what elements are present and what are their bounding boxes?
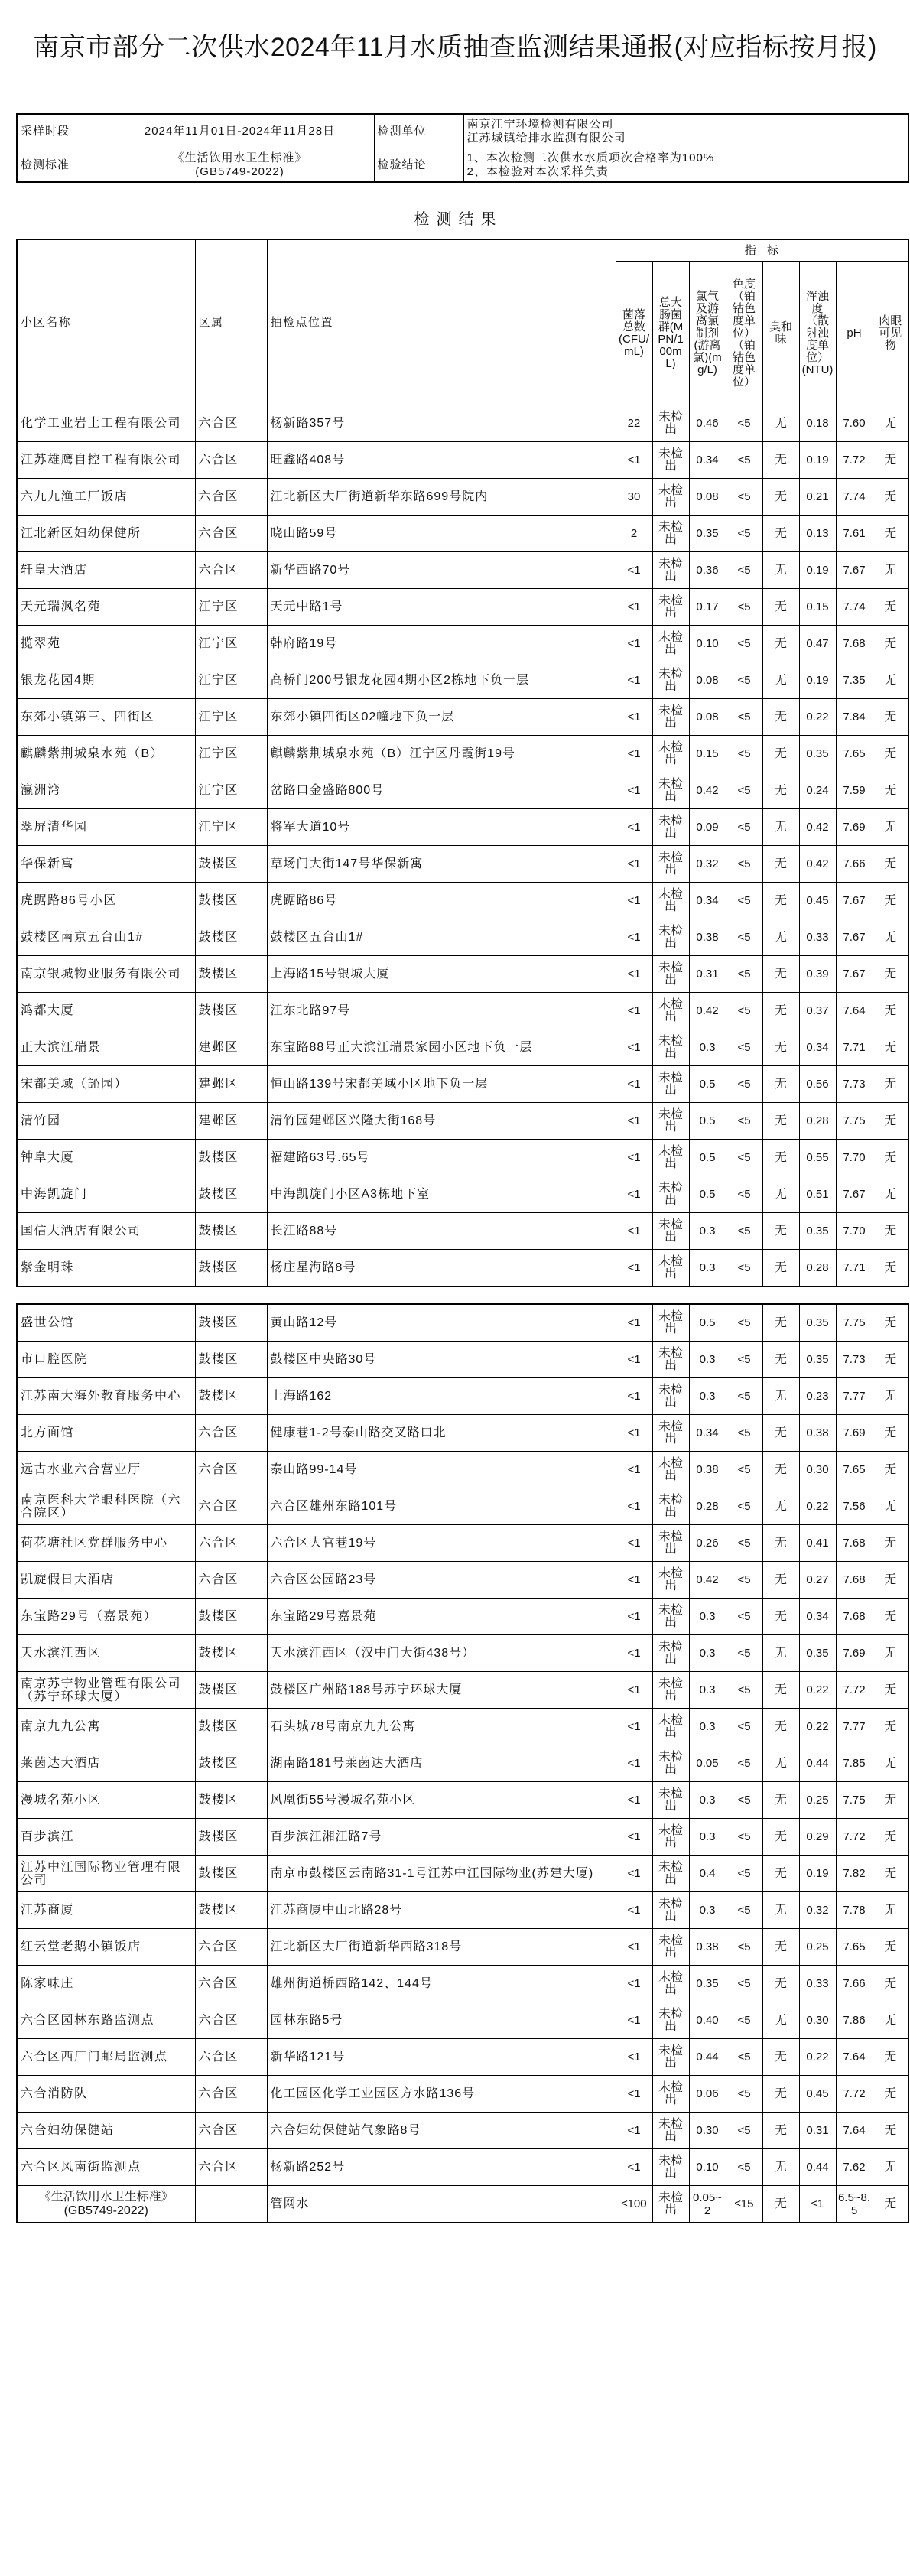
site-name: 鼓楼区南京五台山1# [17, 919, 195, 956]
color-value: <5 [726, 1176, 762, 1213]
visible-matter-value: 无 [873, 1966, 908, 2002]
visible-matter-value: 无 [873, 1029, 908, 1066]
turbidity-value: 0.44 [799, 1745, 836, 1782]
info-row-standard: 检测标准 《生活饮用水卫生标准》 (GB5749-2022) 检验结论 1、本次… [17, 148, 908, 183]
turbidity-value: 0.42 [799, 809, 836, 846]
chlorine-value: 0.40 [689, 2002, 726, 2039]
visible-matter-value: 无 [873, 1176, 908, 1213]
colony-count-value: <1 [616, 2076, 652, 2113]
coliform-value: 未检出 [652, 1635, 689, 1672]
site-name: 鸿都大厦 [17, 993, 195, 1029]
color-value: <5 [726, 2113, 762, 2149]
color-value: <5 [726, 662, 762, 699]
colony-count-value: <1 [616, 1892, 652, 1929]
odor-value: 无 [762, 2076, 799, 2113]
table-row: 百步滨江 鼓楼区 百步滨江湘江路7号 <1 未检出 0.3 <5 无 0.29 … [17, 1819, 908, 1856]
standard-limits-body: 《生活饮用水卫生标准》 (GB5749-2022) 管网水 ≤100 未检出 0… [17, 2186, 908, 2223]
colony-count-value: <1 [616, 2039, 652, 2076]
coliform-value: 未检出 [652, 1250, 689, 1287]
colony-count-value: <1 [616, 552, 652, 589]
color-value: <5 [726, 1709, 762, 1745]
visible-matter-value: 无 [873, 1819, 908, 1856]
chlorine-value: 0.3 [689, 1599, 726, 1635]
sampling-location: 上海路162 [267, 1378, 616, 1415]
colony-count-value: <1 [616, 1103, 652, 1140]
odor-value: 无 [762, 1066, 799, 1103]
conclusion-label: 检验结论 [374, 148, 463, 183]
color-value: <5 [726, 1672, 762, 1709]
ph-value: 7.67 [836, 552, 873, 589]
site-name: 翠屏清华园 [17, 809, 195, 846]
odor-value: 无 [762, 993, 799, 1029]
turbidity-value: 0.19 [799, 442, 836, 479]
colony-count-value: <1 [616, 1929, 652, 1966]
site-name: 天元瑞沨名苑 [17, 589, 195, 626]
colony-count-value: <1 [616, 1304, 652, 1342]
sampling-location: 江东北路97号 [267, 993, 616, 1029]
header-odor: 臭和味 [762, 262, 799, 405]
turbidity-value: 0.39 [799, 956, 836, 993]
coliform-value: 未检出 [652, 1452, 689, 1488]
sampling-location: 岔路口金盛路800号 [267, 772, 616, 809]
site-name: 轩皇大酒店 [17, 552, 195, 589]
visible-matter-value: 无 [873, 1250, 908, 1287]
coliform-value: 未检出 [652, 699, 689, 736]
color-value: <5 [726, 1525, 762, 1562]
site-name: 凯旋假日大酒店 [17, 1562, 195, 1599]
color-value: <5 [726, 919, 762, 956]
odor-value: 无 [762, 1213, 799, 1250]
visible-matter-value: 无 [873, 626, 908, 662]
odor-value: 无 [762, 1250, 799, 1287]
table-row: 鼓楼区南京五台山1# 鼓楼区 鼓楼区五台山1# <1 未检出 0.38 <5 无… [17, 919, 908, 956]
site-name: 瀛洲湾 [17, 772, 195, 809]
coliform-value: 未检出 [652, 1342, 689, 1378]
ph-value: 7.66 [836, 1966, 873, 2002]
ph-value: 7.72 [836, 442, 873, 479]
table-row: 六合区西厂门邮局监测点 六合区 新华路121号 <1 未检出 0.44 <5 无… [17, 2039, 908, 2076]
sampling-location: 湖南路181号莱茵达大酒店 [267, 1745, 616, 1782]
chlorine-value: 0.05 [689, 1745, 726, 1782]
district: 鼓楼区 [195, 1378, 267, 1415]
turbidity-value: 0.35 [799, 1213, 836, 1250]
ph-value: 7.68 [836, 1599, 873, 1635]
color-value: <5 [726, 1452, 762, 1488]
odor-value: 无 [762, 626, 799, 662]
standard-chlorine-limit: 0.05~2 [689, 2186, 726, 2223]
site-name: 江苏雄鹰自控工程有限公司 [17, 442, 195, 479]
site-name: 北方面馆 [17, 1415, 195, 1452]
site-name: 东宝路29号（嘉景苑） [17, 1599, 195, 1635]
chlorine-value: 0.3 [689, 1672, 726, 1709]
visible-matter-value: 无 [873, 1599, 908, 1635]
odor-value: 无 [762, 1103, 799, 1140]
coliform-value: 未检出 [652, 2039, 689, 2076]
site-name: 南京苏宁物业管理有限公司（苏宁环球大厦） [17, 1672, 195, 1709]
colony-count-value: <1 [616, 1635, 652, 1672]
color-value: <5 [726, 516, 762, 552]
table-row: 正大滨江瑞景 建邺区 东宝路88号正大滨江瑞景家园小区地下负一层 <1 未检出 … [17, 1029, 908, 1066]
header-row-group: 小区名称 区属 抽检点位置 指标 [17, 239, 908, 262]
site-name: 宋都美域（訫园） [17, 1066, 195, 1103]
standard-row-location: 管网水 [267, 2186, 616, 2223]
odor-value: 无 [762, 1378, 799, 1415]
table-row: 六合妇幼保健站 六合区 六合妇幼保健站气象路8号 <1 未检出 0.30 <5 … [17, 2113, 908, 2149]
colony-count-value: <1 [616, 736, 652, 772]
site-name: 江苏南大海外教育服务中心 [17, 1378, 195, 1415]
table-row: 翠屏清华园 江宁区 将军大道10号 <1 未检出 0.09 <5 无 0.42 … [17, 809, 908, 846]
table-row: 瀛洲湾 江宁区 岔路口金盛路800号 <1 未检出 0.42 <5 无 0.24… [17, 772, 908, 809]
sampling-location: 将军大道10号 [267, 809, 616, 846]
coliform-value: 未检出 [652, 809, 689, 846]
ph-value: 7.65 [836, 1929, 873, 1966]
turbidity-value: 0.45 [799, 883, 836, 919]
ph-value: 7.64 [836, 2039, 873, 2076]
visible-matter-value: 无 [873, 1066, 908, 1103]
turbidity-value: 0.13 [799, 516, 836, 552]
chlorine-value: 0.10 [689, 2149, 726, 2186]
table-row: 东宝路29号（嘉景苑） 鼓楼区 东宝路29号嘉景苑 <1 未检出 0.3 <5 … [17, 1599, 908, 1635]
odor-value: 无 [762, 552, 799, 589]
coliform-value: 未检出 [652, 1304, 689, 1342]
colony-count-value: <1 [616, 1672, 652, 1709]
odor-value: 无 [762, 2039, 799, 2076]
odor-value: 无 [762, 1452, 799, 1488]
color-value: <5 [726, 1213, 762, 1250]
ph-value: 7.86 [836, 2002, 873, 2039]
coliform-value: 未检出 [652, 956, 689, 993]
sampling-location: 东郊小镇四街区02幢地下负一层 [267, 699, 616, 736]
ph-value: 7.69 [836, 1415, 873, 1452]
odor-value: 无 [762, 772, 799, 809]
coliform-value: 未检出 [652, 1782, 689, 1819]
table-row: 江北新区妇幼保健所 六合区 晓山路59号 2 未检出 0.35 <5 无 0.1… [17, 516, 908, 552]
visible-matter-value: 无 [873, 479, 908, 516]
ph-value: 7.67 [836, 919, 873, 956]
district: 鼓楼区 [195, 919, 267, 956]
turbidity-value: 0.22 [799, 2039, 836, 2076]
color-value: <5 [726, 1378, 762, 1415]
color-value: <5 [726, 1140, 762, 1176]
odor-value: 无 [762, 1966, 799, 2002]
chlorine-value: 0.46 [689, 405, 726, 442]
sampling-location: 风凰街55号漫城名苑小区 [267, 1782, 616, 1819]
color-value: <5 [726, 1029, 762, 1066]
coliform-value: 未检出 [652, 1176, 689, 1213]
sampling-location: 六合区公园路23号 [267, 1562, 616, 1599]
colony-count-value: <1 [616, 809, 652, 846]
visible-matter-value: 无 [873, 1745, 908, 1782]
ph-value: 7.70 [836, 1140, 873, 1176]
district: 鼓楼区 [195, 883, 267, 919]
ph-value: 7.35 [836, 662, 873, 699]
chlorine-value: 0.38 [689, 919, 726, 956]
table-row: 陈家味庄 六合区 雄州街道桥西路142、144号 <1 未检出 0.35 <5 … [17, 1966, 908, 2002]
district: 江宁区 [195, 662, 267, 699]
standard-name: 《生活饮用水卫生标准》 [109, 151, 371, 165]
visible-matter-value: 无 [873, 1525, 908, 1562]
colony-count-value: <1 [616, 1378, 652, 1415]
table-row: 东郊小镇第三、四街区 江宁区 东郊小镇四街区02幢地下负一层 <1 未检出 0.… [17, 699, 908, 736]
color-value: <5 [726, 2002, 762, 2039]
chlorine-value: 0.34 [689, 1415, 726, 1452]
table-row: 华保新寓 鼓楼区 草场门大街147号华保新寓 <1 未检出 0.32 <5 无 … [17, 846, 908, 883]
odor-value: 无 [762, 442, 799, 479]
table-row: 揽翠苑 江宁区 韩府路19号 <1 未检出 0.10 <5 无 0.47 7.6… [17, 626, 908, 662]
district: 六合区 [195, 479, 267, 516]
ph-value: 7.56 [836, 1488, 873, 1525]
visible-matter-value: 无 [873, 772, 908, 809]
odor-value: 无 [762, 1029, 799, 1066]
chlorine-value: 0.31 [689, 956, 726, 993]
chlorine-value: 0.36 [689, 552, 726, 589]
color-value: <5 [726, 405, 762, 442]
site-name: 市口腔医院 [17, 1342, 195, 1378]
color-value: <5 [726, 589, 762, 626]
chlorine-value: 0.3 [689, 1782, 726, 1819]
results-body-part-1: 化学工业岩土工程有限公司 六合区 杨新路357号 22 未检出 0.46 <5 … [17, 405, 908, 1287]
ph-value: 7.77 [836, 1709, 873, 1745]
table-row: 化学工业岩土工程有限公司 六合区 杨新路357号 22 未检出 0.46 <5 … [17, 405, 908, 442]
colony-count-value: <1 [616, 662, 652, 699]
table-row: 清竹园 建邺区 清竹园建邺区兴隆大街168号 <1 未检出 0.5 <5 无 0… [17, 1103, 908, 1140]
chlorine-value: 0.08 [689, 479, 726, 516]
turbidity-value: 0.22 [799, 1488, 836, 1525]
visible-matter-value: 无 [873, 2039, 908, 2076]
ph-value: 7.65 [836, 736, 873, 772]
ph-value: 7.59 [836, 772, 873, 809]
chlorine-value: 0.3 [689, 1819, 726, 1856]
coliform-value: 未检出 [652, 1140, 689, 1176]
ph-value: 7.74 [836, 479, 873, 516]
odor-value: 无 [762, 1635, 799, 1672]
site-name: 华保新寓 [17, 846, 195, 883]
conclusion-1: 1、本次检测二次供水水质项次合格率为100% [467, 151, 905, 165]
ph-value: 7.82 [836, 1856, 873, 1892]
color-value: <5 [726, 1103, 762, 1140]
odor-value: 无 [762, 883, 799, 919]
color-value: <5 [726, 1966, 762, 2002]
ph-value: 7.72 [836, 1672, 873, 1709]
coliform-value: 未检出 [652, 1599, 689, 1635]
ph-value: 7.73 [836, 1342, 873, 1378]
visible-matter-value: 无 [873, 1562, 908, 1599]
header-visible-matter: 肉眼可见物 [873, 262, 908, 405]
header-indicators-group: 指标 [616, 239, 908, 262]
district: 江宁区 [195, 699, 267, 736]
turbidity-value: 0.22 [799, 1672, 836, 1709]
sampling-location: 南京市鼓楼区云南路31-1号江苏中江国际物业(苏建大厦) [267, 1856, 616, 1892]
colony-count-value: <1 [616, 2002, 652, 2039]
district: 六合区 [195, 1966, 267, 2002]
ph-value: 7.68 [836, 626, 873, 662]
color-value: <5 [726, 626, 762, 662]
standard-row-district [195, 2186, 267, 2223]
colony-count-value: <1 [616, 1213, 652, 1250]
turbidity-value: 0.19 [799, 1856, 836, 1892]
coliform-value: 未检出 [652, 736, 689, 772]
turbidity-value: 0.56 [799, 1066, 836, 1103]
district: 江宁区 [195, 736, 267, 772]
table-row: 凯旋假日大酒店 六合区 六合区公园路23号 <1 未检出 0.42 <5 无 0… [17, 1562, 908, 1599]
ph-value: 7.72 [836, 2076, 873, 2113]
sampling-location: 鼓楼区五台山1# [267, 919, 616, 956]
site-name: 荷花塘社区党群服务中心 [17, 1525, 195, 1562]
table-row: 六合区园林东路监测点 六合区 园林东路5号 <1 未检出 0.40 <5 无 0… [17, 2002, 908, 2039]
turbidity-value: 0.35 [799, 1304, 836, 1342]
ph-value: 7.67 [836, 956, 873, 993]
coliform-value: 未检出 [652, 1066, 689, 1103]
table-row: 漫城名苑小区 鼓楼区 风凰街55号漫城名苑小区 <1 未检出 0.3 <5 无 … [17, 1782, 908, 1819]
colony-count-value: <1 [616, 1066, 652, 1103]
site-name: 江北新区妇幼保健所 [17, 516, 195, 552]
sampling-location: 天水滨江西区（汉中门大街438号） [267, 1635, 616, 1672]
turbidity-value: 0.33 [799, 919, 836, 956]
district: 六合区 [195, 1929, 267, 1966]
site-name: 钟阜大厦 [17, 1140, 195, 1176]
site-name: 国信大酒店有限公司 [17, 1213, 195, 1250]
results-heading: 检测结果 [0, 210, 910, 229]
chlorine-value: 0.26 [689, 1525, 726, 1562]
colony-count-value: <1 [616, 1856, 652, 1892]
sampling-location: 六合区雄州东路101号 [267, 1488, 616, 1525]
site-name: 漫城名苑小区 [17, 1782, 195, 1819]
sampling-location: 泰山路99-14号 [267, 1452, 616, 1488]
color-value: <5 [726, 1342, 762, 1378]
turbidity-value: 0.23 [799, 1378, 836, 1415]
turbidity-value: 0.28 [799, 1250, 836, 1287]
turbidity-value: 0.19 [799, 662, 836, 699]
chlorine-value: 0.15 [689, 736, 726, 772]
visible-matter-value: 无 [873, 1635, 908, 1672]
color-value: <5 [726, 1782, 762, 1819]
color-value: <5 [726, 956, 762, 993]
standard-ph-limit: 6.5~8.5 [836, 2186, 873, 2223]
district: 鼓楼区 [195, 1782, 267, 1819]
sampling-period-label: 采样时段 [17, 114, 106, 148]
chlorine-value: 0.5 [689, 1066, 726, 1103]
standard-row-name: 《生活饮用水卫生标准》 (GB5749-2022) [17, 2186, 195, 2223]
turbidity-value: 0.28 [799, 1103, 836, 1140]
chlorine-value: 0.5 [689, 1103, 726, 1140]
odor-value: 无 [762, 1892, 799, 1929]
site-name: 六合区园林东路监测点 [17, 2002, 195, 2039]
site-name: 揽翠苑 [17, 626, 195, 662]
ph-value: 7.64 [836, 993, 873, 1029]
table-row: 六合区风南街监测点 六合区 杨新路252号 <1 未检出 0.10 <5 无 0… [17, 2149, 908, 2186]
ph-value: 7.71 [836, 1250, 873, 1287]
district: 六合区 [195, 1488, 267, 1525]
colony-count-value: <1 [616, 699, 652, 736]
color-value: <5 [726, 1819, 762, 1856]
visible-matter-value: 无 [873, 1856, 908, 1892]
standard-colony-limit: ≤100 [616, 2186, 652, 2223]
table-row: 银龙花园4期 江宁区 高桥门200号银龙花园4期小区2栋地下负一层 <1 未检出… [17, 662, 908, 699]
site-name: 江苏中江国际物业管理有限公司 [17, 1856, 195, 1892]
colony-count-value: <1 [616, 1029, 652, 1066]
coliform-value: 未检出 [652, 1929, 689, 1966]
table-row: 江苏商厦 鼓楼区 江苏商厦中山北路28号 <1 未检出 0.3 <5 无 0.3… [17, 1892, 908, 1929]
district: 建邺区 [195, 1103, 267, 1140]
standard-visible-matter-limit: 无 [873, 2186, 908, 2223]
colony-count-value: <1 [616, 1745, 652, 1782]
table-row: 南京医科大学眼科医院（六合院区） 六合区 六合区雄州东路101号 <1 未检出 … [17, 1488, 908, 1525]
visible-matter-value: 无 [873, 993, 908, 1029]
odor-value: 无 [762, 2002, 799, 2039]
district: 鼓楼区 [195, 1892, 267, 1929]
standard-row-code: (GB5749-2022) [18, 2204, 194, 2218]
district: 鼓楼区 [195, 1176, 267, 1213]
color-value: <5 [726, 736, 762, 772]
chlorine-value: 0.3 [689, 1213, 726, 1250]
ph-value: 7.69 [836, 1635, 873, 1672]
table-row: 鸿都大厦 鼓楼区 江东北路97号 <1 未检出 0.42 <5 无 0.37 7… [17, 993, 908, 1029]
coliform-value: 未检出 [652, 442, 689, 479]
sampling-location: 杨新路357号 [267, 405, 616, 442]
table-row: 江苏中江国际物业管理有限公司 鼓楼区 南京市鼓楼区云南路31-1号江苏中江国际物… [17, 1856, 908, 1892]
color-value: <5 [726, 846, 762, 883]
table-row: 江苏雄鹰自控工程有限公司 六合区 旺鑫路408号 <1 未检出 0.34 <5 … [17, 442, 908, 479]
sampling-location: 江北新区大厂街道新华西路318号 [267, 1929, 616, 1966]
color-value: <5 [726, 2076, 762, 2113]
chlorine-value: 0.5 [689, 1176, 726, 1213]
odor-value: 无 [762, 589, 799, 626]
district: 六合区 [195, 516, 267, 552]
sampling-location: 化工园区化学工业园区方水路136号 [267, 2076, 616, 2113]
color-value: <5 [726, 1599, 762, 1635]
conclusion-value: 1、本次检测二次供水水质项次合格率为100% 2、本检验对本次采样负责 [463, 148, 908, 183]
colony-count-value: <1 [616, 1966, 652, 2002]
turbidity-value: 0.30 [799, 1452, 836, 1488]
header-ph: pH [836, 262, 873, 405]
sampling-location: 晓山路59号 [267, 516, 616, 552]
sampling-location: 韩府路19号 [267, 626, 616, 662]
district: 鼓楼区 [195, 1709, 267, 1745]
chlorine-value: 0.06 [689, 2076, 726, 2113]
site-name: 远古水业六合营业厅 [17, 1452, 195, 1488]
colony-count-value: <1 [616, 1488, 652, 1525]
colony-count-value: <1 [616, 772, 652, 809]
ph-value: 7.70 [836, 1213, 873, 1250]
coliform-value: 未检出 [652, 589, 689, 626]
ph-value: 7.69 [836, 809, 873, 846]
site-name: 清竹园 [17, 1103, 195, 1140]
colony-count-value: <1 [616, 2149, 652, 2186]
turbidity-value: 0.15 [799, 589, 836, 626]
color-value: <5 [726, 1304, 762, 1342]
coliform-value: 未检出 [652, 1856, 689, 1892]
odor-value: 无 [762, 1819, 799, 1856]
testing-unit-2: 江苏城镇给排水监测有限公司 [467, 132, 905, 145]
site-name: 化学工业岩土工程有限公司 [17, 405, 195, 442]
colony-count-value: <1 [616, 919, 652, 956]
colony-count-value: <1 [616, 442, 652, 479]
sampling-location: 高桥门200号银龙花园4期小区2栋地下负一层 [267, 662, 616, 699]
odor-value: 无 [762, 1488, 799, 1525]
site-name: 陈家味庄 [17, 1966, 195, 2002]
color-value: <5 [726, 1562, 762, 1599]
colony-count-value: <1 [616, 1250, 652, 1287]
sampling-period-value: 2024年11月01日-2024年11月28日 [106, 114, 374, 148]
colony-count-value: <1 [616, 1452, 652, 1488]
standard-coliform-limit: 未检出 [652, 2186, 689, 2223]
header-colony-count: 菌落总数(CFU/mL) [616, 262, 652, 405]
visible-matter-value: 无 [873, 699, 908, 736]
colony-count-value: <1 [616, 1819, 652, 1856]
district: 六合区 [195, 1452, 267, 1488]
colony-count-value: 30 [616, 479, 652, 516]
sampling-location: 麒麟紫荆城泉水苑（B）江宁区丹霞街19号 [267, 736, 616, 772]
